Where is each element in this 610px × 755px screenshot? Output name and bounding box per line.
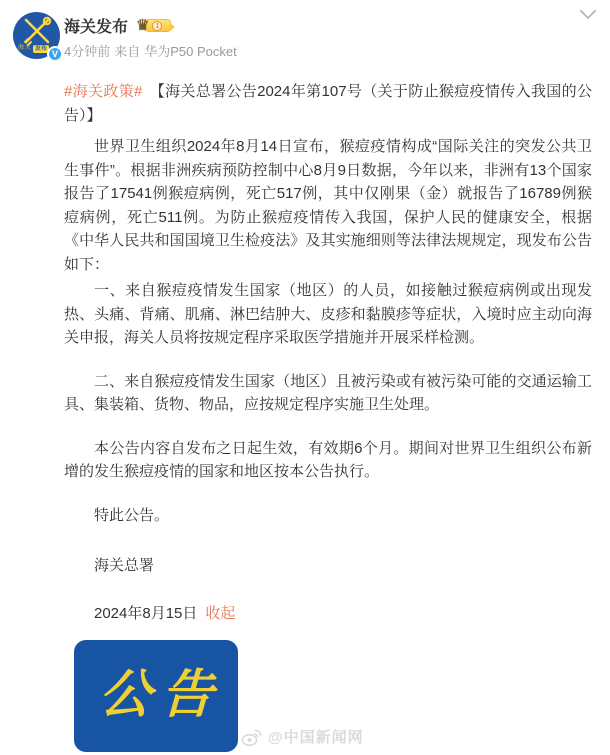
- paragraph-3: 二、来自猴痘疫情发生国家（地区）且被污染或有被污染可能的交通运输工具、集装箱、货…: [64, 370, 592, 417]
- post-date: 2024年8月15日: [94, 605, 197, 622]
- signature: 海关总署: [64, 554, 592, 578]
- collapse-link[interactable]: 收起: [205, 605, 235, 622]
- announcement-image[interactable]: 公告: [74, 640, 238, 752]
- customs-emblem-icon: [19, 15, 55, 47]
- paragraph-5: 特此公告。: [64, 504, 592, 528]
- time-row: 4分钟前来自华为P50 Pocket: [64, 41, 241, 60]
- paragraph-2: 一、来自猴痘疫情发生国家（地区）的人员，如接触过猴痘病例或出现发热、头痛、背痛、…: [64, 279, 592, 350]
- announcement-image-label: 公告: [88, 670, 224, 722]
- source-label: 来自: [114, 44, 140, 59]
- post-title-row: #海关政策#【海关总署公告2024年第107号（关于防止猴痘疫情传入我国的公告）…: [64, 80, 592, 127]
- post-body: #海关政策#【海关总署公告2024年第107号（关于防止猴痘疫情传入我国的公告）…: [0, 80, 610, 625]
- vip-badge[interactable]: ♛ 1: [136, 18, 171, 33]
- weibo-logo-icon: [240, 727, 264, 747]
- watermark-text: @中国新闻网: [268, 726, 364, 747]
- verified-badge: V: [47, 46, 63, 62]
- watermark: @中国新闻网: [240, 726, 364, 747]
- crown-icon: ♛: [136, 18, 149, 33]
- vip-level: 1: [152, 21, 162, 31]
- avatar[interactable]: 海关 发布 V: [13, 12, 60, 59]
- paragraph-1: 世界卫生组织2024年8月14日宣布，猴痘疫情构成“国际关注的突发公共卫生事件”…: [64, 135, 592, 276]
- post-header: 海关 发布 V 海关发布 ♛ 1 4分钟前来自华为P50 Pocket: [0, 0, 610, 68]
- weibo-post: 海关 发布 V 海关发布 ♛ 1 4分钟前来自华为P50 Pocket #海关政…: [0, 0, 610, 755]
- timestamp: 4分钟前: [64, 44, 110, 59]
- avatar-caption-left: 海关: [18, 45, 31, 51]
- paragraph-4: 本公告内容自发布之日起生效，有效期6个月。期间对世界卫生组织公布新增的发生猴痘疫…: [64, 437, 592, 484]
- username-link[interactable]: 海关发布: [64, 14, 128, 37]
- hashtag-link[interactable]: #海关政策#: [64, 83, 142, 100]
- chevron-down-icon[interactable]: [580, 10, 596, 19]
- source-device: 华为P50 Pocket: [144, 44, 237, 59]
- date-row: 2024年8月15日收起: [64, 602, 592, 626]
- post-title: 【海关总署公告2024年第107号（关于防止猴痘疫情传入我国的公告）】: [64, 83, 592, 124]
- name-row: 海关发布 ♛ 1: [64, 14, 171, 37]
